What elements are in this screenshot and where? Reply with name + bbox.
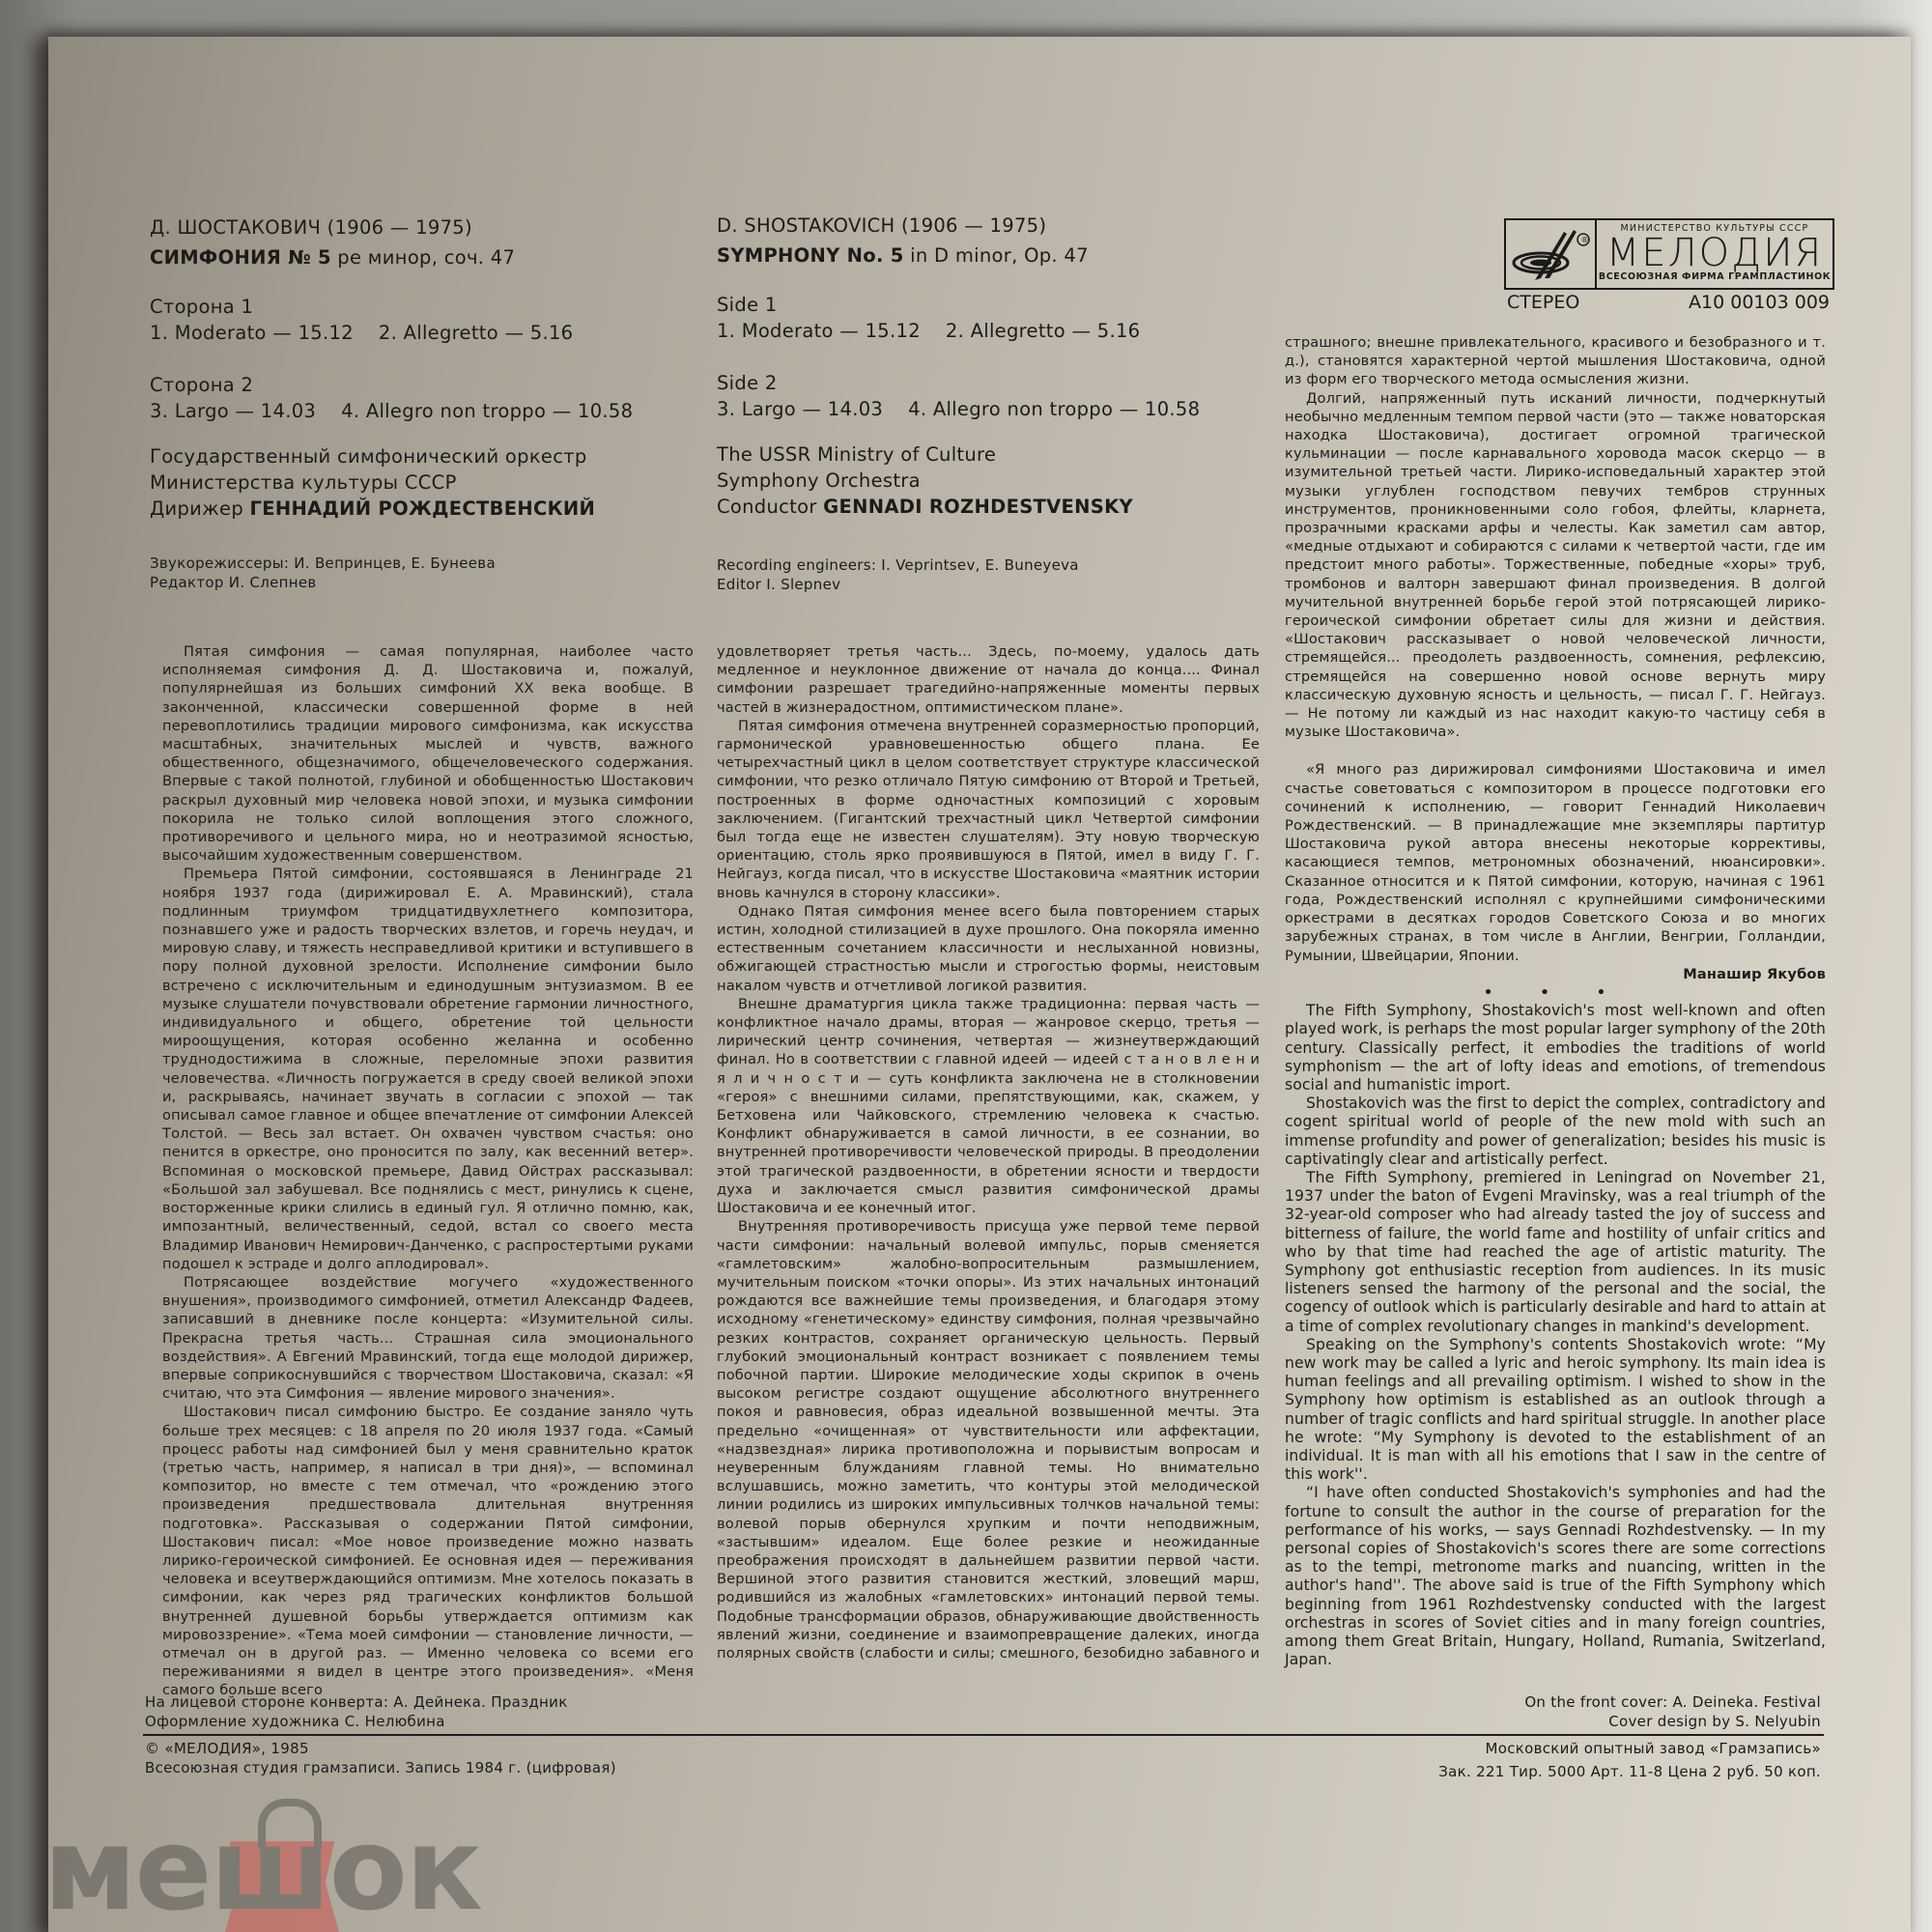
notes-ru-column-2: удовлетворяет третья часть... Здесь, по-… — [717, 642, 1260, 1662]
work-title-en: SYMPHONY No. 5 in D minor, Op. 47 — [717, 242, 1225, 269]
meshok-watermark: мешок — [43, 1797, 449, 1932]
paragraph: “I have often conducted Shostakovich's s… — [1285, 1484, 1826, 1669]
svg-text:®: ® — [1581, 236, 1589, 244]
paragraph: Потрясающее воздействие могучего «художе… — [162, 1273, 694, 1403]
editor-ru: Редактор И. Слепнев — [150, 573, 496, 592]
engineers-en: Recording engineers: I. Veprintsev, E. B… — [717, 555, 1079, 575]
work-title-ru: СИМФОНИЯ № 5 ре минор, соч. 47 — [150, 244, 658, 270]
footer-left-top: На лицевой стороне конверта: А. Дейнека.… — [145, 1692, 568, 1731]
author-signature: Манашир Якубов — [1285, 965, 1826, 983]
paragraph: The Fifth Symphony, Shostakovich's most … — [1285, 1002, 1826, 1094]
paragraph: Внутренняя противоречивость присуща уже … — [717, 1217, 1260, 1662]
pressing-plant: Московский опытный завод «Грамзапись» — [1438, 1739, 1821, 1758]
brand-name: МЕЛОДИЯ — [1597, 235, 1833, 271]
footer-right-top: On the front cover: A. Deineka. Festival… — [1524, 1692, 1821, 1731]
paragraph: Shostakovich was the first to depict the… — [1285, 1094, 1826, 1169]
cover-art-credit-en: On the front cover: A. Deineka. Festival — [1524, 1692, 1821, 1712]
paragraph: Шостакович писал симфонию быстро. Ее соз… — [162, 1403, 694, 1699]
watermark-text: мешок — [43, 1816, 481, 1922]
footer-left-bottom: © «МЕЛОДИЯ», 1985 Всесоюзная студия грам… — [145, 1739, 616, 1777]
conductor-en: Conductor GENNADI ROZHDESTVENSKY — [717, 494, 1225, 520]
catalog-number: А10 00103 009 — [1689, 292, 1830, 313]
side2-label-en: Side 2 — [717, 370, 1225, 396]
footer-right-bottom: Московский опытный завод «Грамзапись» За… — [1438, 1739, 1821, 1781]
composer-ru: Д. ШОСТАКОВИЧ (1906 — 1975) — [150, 214, 658, 241]
paragraph: Премьера Пятой симфонии, состоявшаяся в … — [162, 865, 694, 1272]
melodiya-emblem-icon: ® — [1506, 220, 1597, 288]
credits-ru: Звукорежиссеры: И. Вепринцев, Е. Бунеева… — [150, 554, 496, 592]
side1-tracks-en: 1. Moderato — 15.122. Allegretto — 5.16 — [717, 318, 1225, 344]
header-english: D. SHOSTAKOVICH (1906 — 1975) SYMPHONY N… — [717, 213, 1225, 520]
notes-english: The Fifth Symphony, Shostakovich's most … — [1285, 1002, 1826, 1669]
stereo-label: СТЕРЕО — [1507, 292, 1579, 313]
orchestra-en-1: The USSR Ministry of Culture — [717, 441, 1225, 468]
print-info: Зак. 221 Тир. 5000 Арт. 11-8 Цена 2 руб.… — [1438, 1762, 1821, 1781]
side2-tracks-en: 3. Largo — 14.034. Allegro non troppo — … — [717, 396, 1225, 422]
composer-en: D. SHOSTAKOVICH (1906 — 1975) — [717, 213, 1225, 239]
melodiya-wordmark: МИНИСТЕРСТВО КУЛЬТУРЫ СССР МЕЛОДИЯ ВСЕСО… — [1597, 220, 1833, 288]
orchestra-ru-2: Министерства культуры СССР — [150, 469, 658, 496]
section-separator: • • • — [1285, 983, 1826, 1002]
design-credit-ru: Оформление художника С. Нелюбина — [145, 1712, 568, 1731]
format-row: СТЕРЕО А10 00103 009 — [1507, 292, 1830, 313]
side1-tracks-ru: 1. Moderato — 15.122. Allegretto — 5.16 — [150, 320, 658, 346]
studio-info: Всесоюзная студия грамзаписи. Запись 198… — [145, 1758, 616, 1777]
brand-subtitle: ВСЕСОЮЗНАЯ ФИРМА ГРАМПЛАСТИНОК — [1597, 271, 1833, 283]
paragraph: Долгий, напряженный путь исканий личност… — [1285, 389, 1826, 742]
editor-en: Editor I. Slepnev — [717, 575, 1079, 594]
paragraph: Пятая симфония отмечена внутренней сораз… — [717, 717, 1260, 902]
melodiya-logo: ® МИНИСТЕРСТВО КУЛЬТУРЫ СССР МЕЛОДИЯ ВСЕ… — [1504, 218, 1834, 290]
notes-ru-column-1: Пятая симфония — самая популярная, наибо… — [162, 642, 694, 1700]
conductor-ru: Дирижер ГЕННАДИЙ РОЖДЕСТВЕНСКИЙ — [150, 496, 658, 522]
paragraph: The Fifth Symphony, premiered in Leningr… — [1285, 1169, 1826, 1336]
side1-label-en: Side 1 — [717, 292, 1225, 318]
footer-divider — [143, 1734, 1824, 1736]
side2-label-ru: Сторона 2 — [150, 372, 658, 398]
orchestra-en-2: Symphony Orchestra — [717, 468, 1225, 494]
paragraph: Внешне драматургия цикла также традицион… — [717, 995, 1260, 1217]
orchestra-ru-1: Государственный симфонический оркестр — [150, 443, 658, 469]
paragraph: страшного; внешне привлекательного, крас… — [1285, 333, 1826, 389]
side2-tracks-ru: 3. Largo — 14.034. Allegro non troppo — … — [150, 398, 658, 424]
engineers-ru: Звукорежиссеры: И. Вепринцев, Е. Бунеева — [150, 554, 496, 573]
header-russian: Д. ШОСТАКОВИЧ (1906 — 1975) СИМФОНИЯ № 5… — [150, 214, 658, 522]
paragraph: Speaking on the Symphony's contents Shos… — [1285, 1336, 1826, 1485]
credits-en: Recording engineers: I. Veprintsev, E. B… — [717, 555, 1079, 594]
side1-label-ru: Сторона 1 — [150, 294, 658, 320]
paragraph: Однако Пятая симфония менее всего была п… — [717, 902, 1260, 995]
cover-art-credit-ru: На лицевой стороне конверта: А. Дейнека.… — [145, 1692, 568, 1712]
paragraph: Пятая симфония — самая популярная, наибо… — [162, 642, 694, 865]
copyright: © «МЕЛОДИЯ», 1985 — [145, 1739, 616, 1758]
paragraph: «Я много раз дирижировал симфониями Шост… — [1285, 760, 1826, 964]
paragraph: удовлетворяет третья часть... Здесь, по-… — [717, 642, 1260, 717]
notes-column-3: страшного; внешне привлекательного, крас… — [1285, 333, 1826, 1669]
design-credit-en: Cover design by S. Nelyubin — [1524, 1712, 1821, 1731]
